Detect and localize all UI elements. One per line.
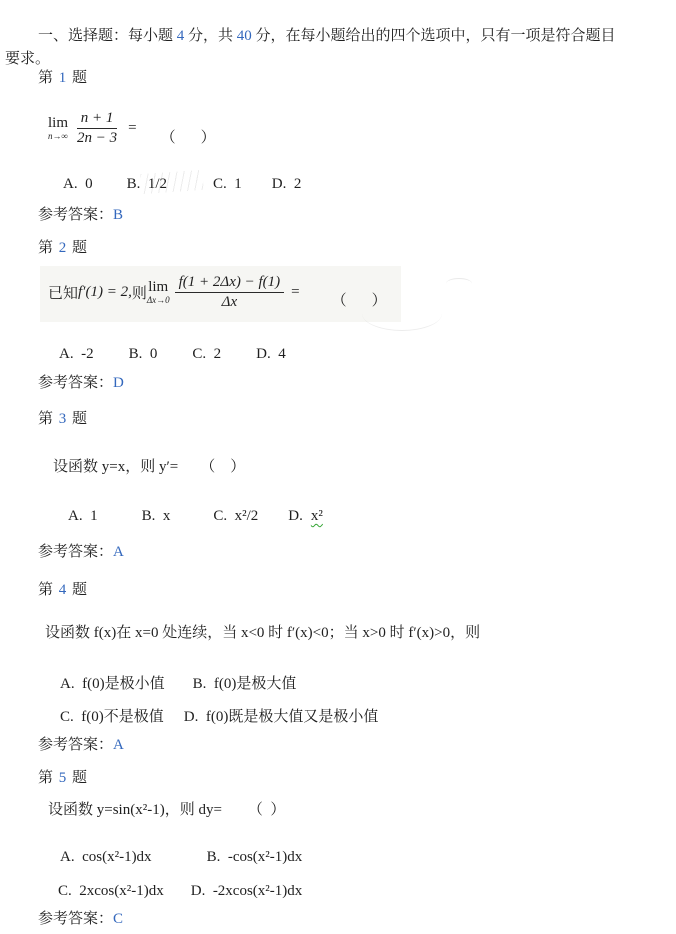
limit-operator: lim n→∞: [48, 116, 68, 141]
equals-sign: =: [291, 284, 299, 301]
fraction-numerator: n + 1: [77, 110, 118, 129]
question-5-title: 第 5 题: [38, 766, 88, 787]
question-1-title: 第 1 题: [38, 66, 88, 87]
option-c: C. 1: [213, 176, 242, 193]
header-text: 分，在每小题给出的四个选项中，只有一项是符合题目: [252, 28, 616, 44]
question-number: 4: [59, 582, 68, 598]
fraction-numerator: f(1 + 2Δx) − f(1): [175, 274, 285, 293]
section-header: 一、选择题：每小题 4 分，共 40 分，在每小题给出的四个选项中，只有一项是符…: [5, 25, 667, 71]
q5-answer-line: 参考答案：C: [38, 907, 123, 928]
option-a: A. cos(x²-1)dx: [60, 849, 152, 866]
option-c: C. 2xcos(x²-1)dx: [58, 883, 164, 900]
question-number: 1: [59, 70, 68, 86]
option-b: B. 0: [129, 346, 158, 363]
scan-artifact: [362, 296, 442, 331]
answer-label: 参考答案：: [38, 207, 113, 223]
exam-document-page: 一、选择题：每小题 4 分，共 40 分，在每小题给出的四个选项中，只有一项是符…: [0, 0, 676, 934]
answer-value: A: [113, 737, 124, 753]
answer-blank-parens: （ ）: [161, 126, 218, 147]
answer-value: C: [113, 911, 123, 927]
option-a: A. -2: [59, 346, 94, 363]
then-label: 则: [132, 282, 147, 303]
q1-answer-line: 参考答案：B: [38, 203, 123, 224]
q3-answer-line: 参考答案：A: [38, 540, 124, 561]
answer-label: 参考答案：: [38, 544, 113, 560]
header-text: 分，共: [184, 28, 237, 44]
q2-answer-line: 参考答案：D: [38, 371, 124, 392]
header-text: 一、选择题：每小题: [38, 28, 177, 44]
option-c: C. 2: [192, 346, 221, 363]
q2-formula-image: 已知 f′(1) = 2, 则 lim Δx→0 f(1 + 2Δx) − f(…: [40, 266, 401, 322]
option-a: A. 1: [68, 508, 98, 525]
option-d: D. 2: [272, 176, 302, 193]
limit-subscript: Δx→0: [147, 296, 170, 305]
answer-label: 参考答案：: [38, 375, 113, 391]
question-number: 3: [59, 411, 68, 427]
total-points: 40: [237, 28, 252, 44]
answer-value: A: [113, 544, 124, 560]
derivative-condition: f′(1) = 2,: [78, 284, 132, 301]
option-d-label: D.: [288, 508, 303, 525]
fraction: f(1 + 2Δx) − f(1) Δx: [175, 274, 285, 312]
fraction-denominator: Δx: [218, 293, 241, 311]
fraction: n + 1 2n − 3: [73, 110, 121, 148]
question-4-title: 第 4 题: [38, 578, 88, 599]
q3-question-text: 设函数 y=x，则 y′=（ ）: [53, 455, 245, 476]
option-a: A. 0: [63, 176, 93, 193]
q1-limit-formula: lim n→∞ n + 1 2n − 3 = （ ）: [48, 110, 218, 148]
question-number: 2: [59, 240, 68, 256]
q4-question-text: 设函数 f(x)在 x=0 处连续，当 x<0 时 f′(x)<0；当 x>0 …: [45, 621, 480, 642]
option-d: D. -2xcos(x²-1)dx: [191, 883, 303, 900]
equals-sign: =: [128, 120, 136, 137]
scan-artifact: [446, 278, 472, 289]
header-text-line2: 要求。: [5, 51, 50, 67]
option-d: D. 4: [256, 346, 286, 363]
option-b: B. x: [142, 508, 171, 525]
option-d: D. f(0)既是极大值又是极小值: [184, 705, 379, 726]
answer-label: 参考答案：: [38, 911, 113, 927]
question-number: 5: [59, 770, 68, 786]
option-b: B. 1/2: [127, 176, 167, 193]
option-b: B. -cos(x²-1)dx: [207, 849, 303, 866]
option-c: C. x²/2: [213, 508, 258, 525]
fraction-denominator: 2n − 3: [73, 129, 121, 147]
limit-subscript: n→∞: [48, 132, 68, 141]
answer-blank-parens: （ ）: [248, 802, 286, 818]
option-c: C. f(0)不是极值: [60, 705, 164, 726]
q5-question-text: 设函数 y=sin(x²-1)，则 dy=（ ）: [48, 798, 285, 819]
q4-answer-line: 参考答案：A: [38, 733, 124, 754]
answer-label: 参考答案：: [38, 737, 113, 753]
limit-operator: lim Δx→0: [147, 280, 170, 305]
question-3-title: 第 3 题: [38, 407, 88, 428]
question-2-title: 第 2 题: [38, 236, 88, 257]
option-d-value-spellcheck: x²: [311, 508, 323, 525]
q3-options-row: A. 1B. xC. x²/2D.x²: [53, 491, 323, 542]
given-label: 已知: [48, 282, 78, 303]
answer-blank-parens: （ ）: [200, 459, 245, 475]
answer-value: D: [113, 375, 124, 391]
answer-value: B: [113, 207, 123, 223]
